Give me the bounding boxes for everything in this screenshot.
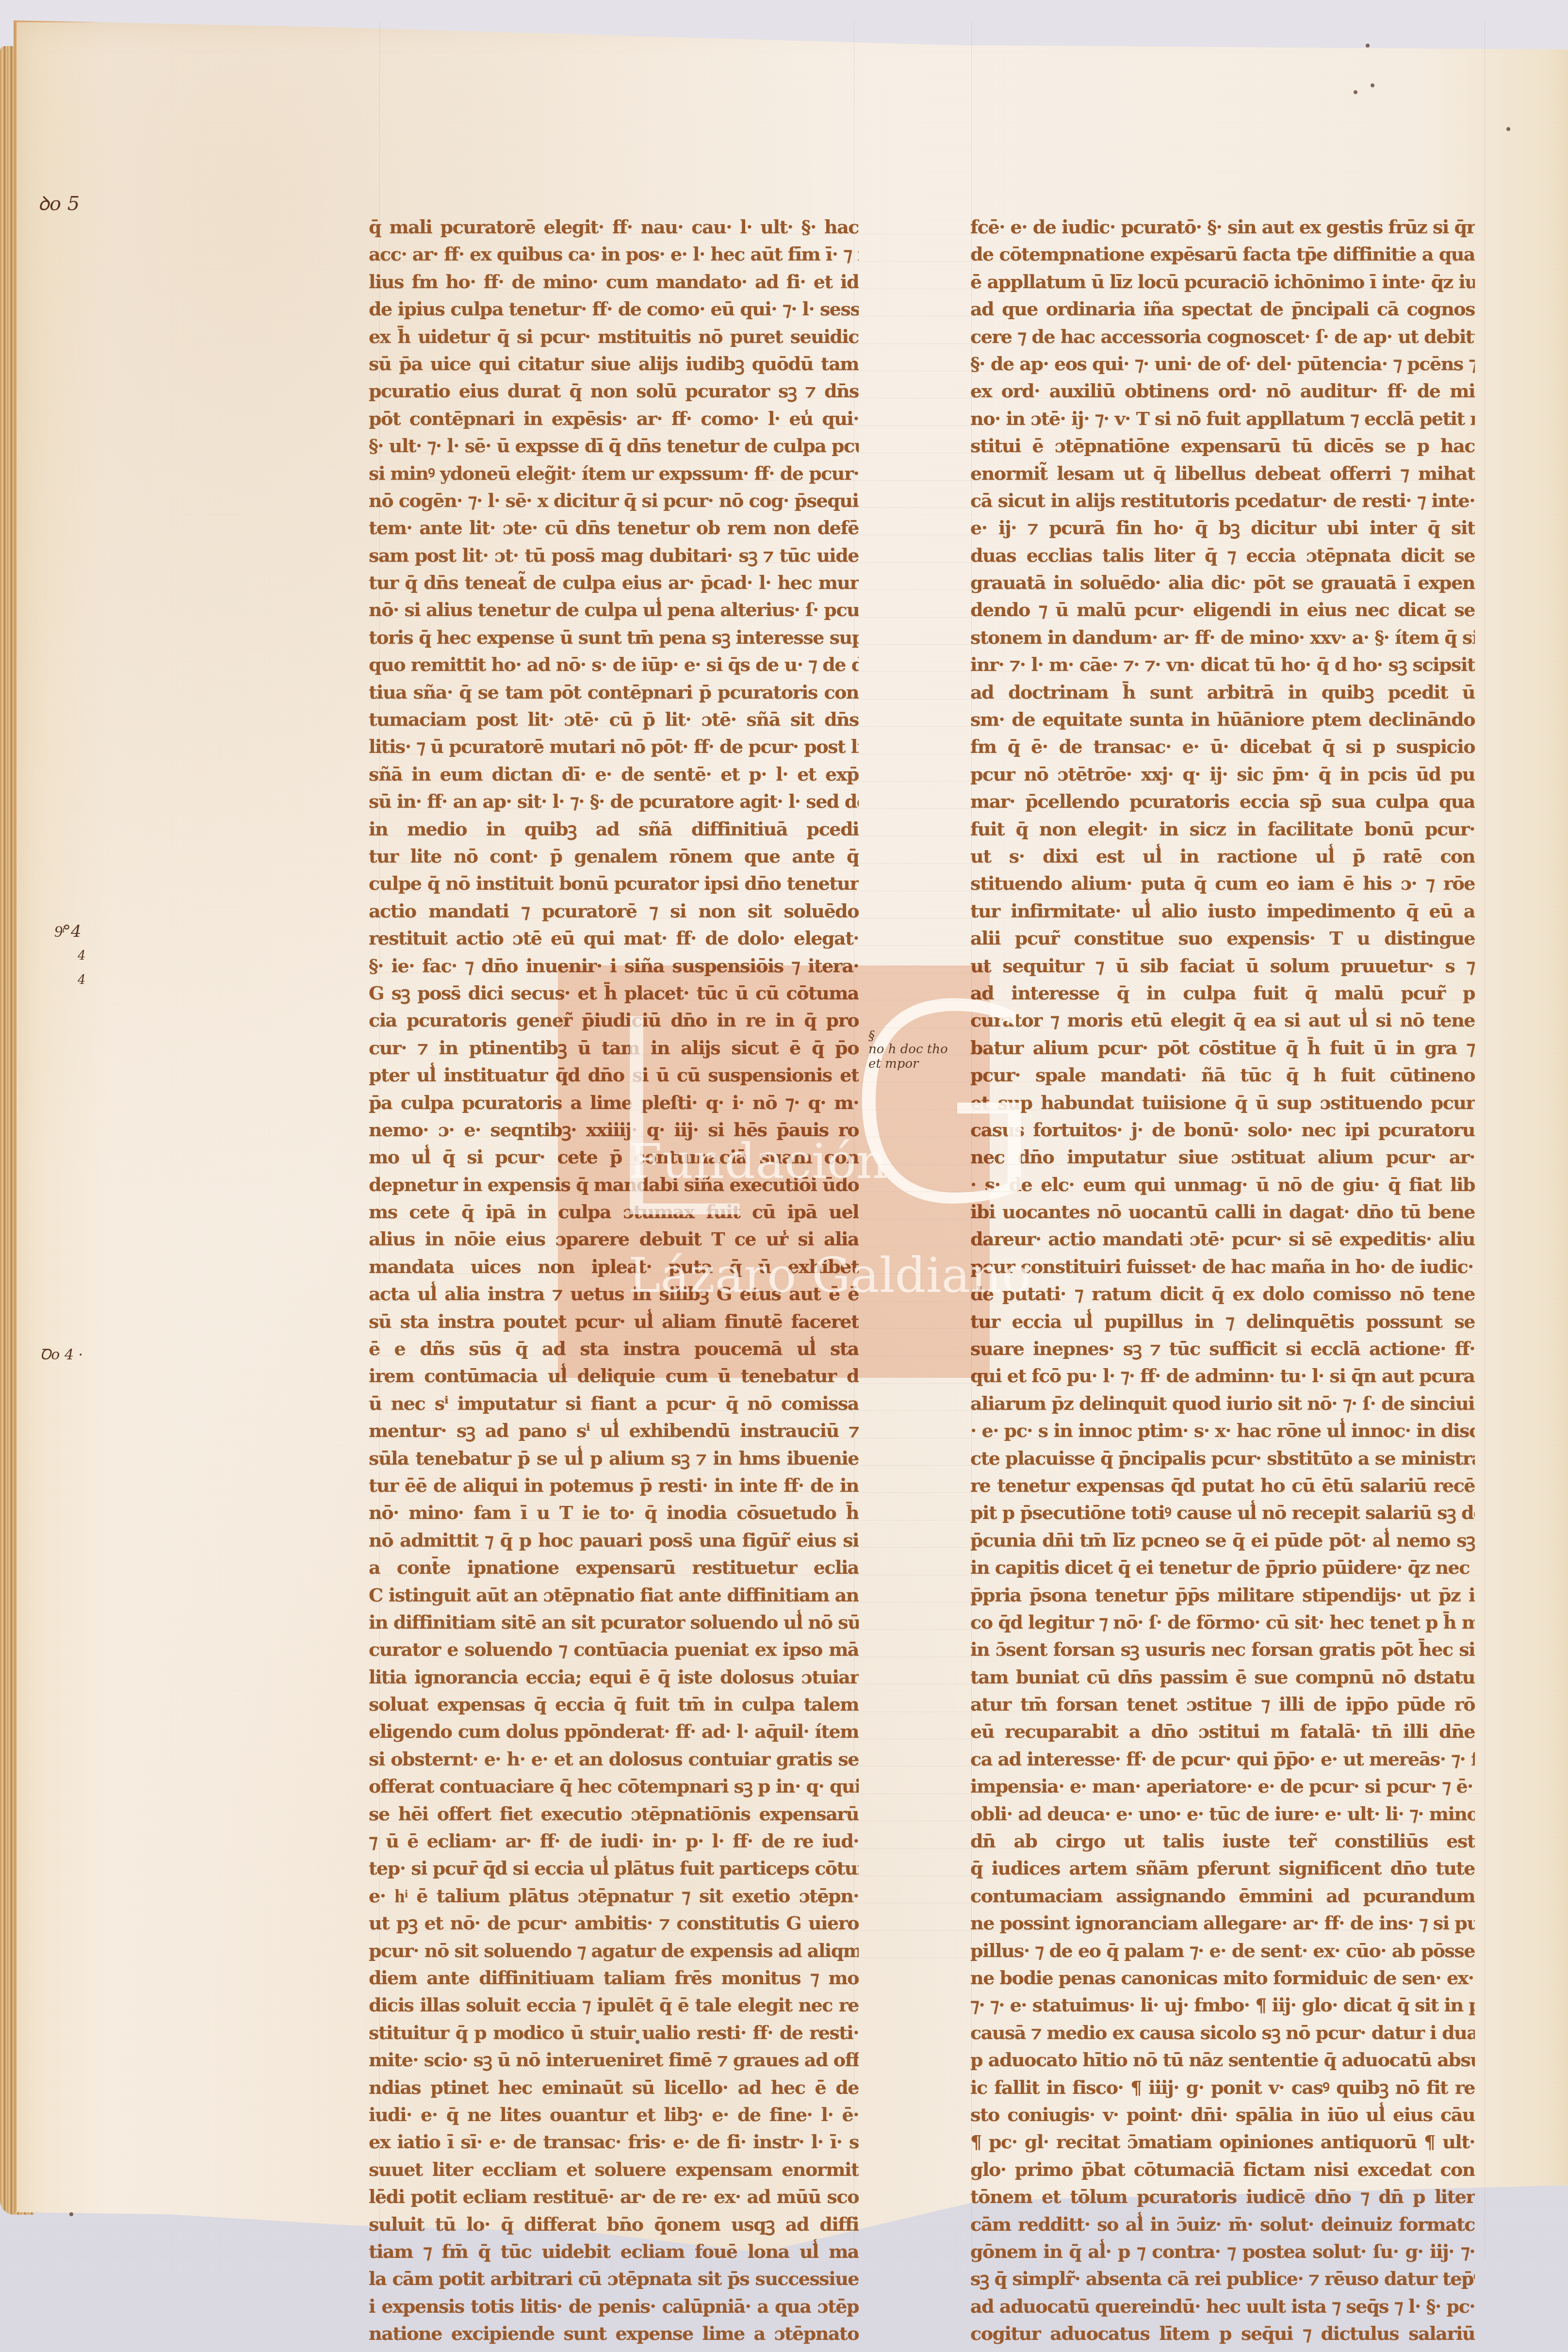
- parchment-speck: [69, 2212, 73, 2216]
- manuscript-line: eū recuparabit a dn̄o ɔstitui m fatalā· …: [970, 1718, 1475, 1745]
- manuscript-line: in medio in quibꝫ ad sñā diffinitiuā pce…: [369, 816, 859, 843]
- margin-note: 4: [78, 948, 86, 963]
- ruling-line: [369, 589, 1480, 590]
- manuscript-line: curator e soluendo ⁊ contūacia pueniat e…: [369, 1636, 859, 1663]
- manuscript-line: causā ⁊ medio ex causa sicolo sꝫ nō pcur…: [970, 2019, 1475, 2046]
- ruling-line: [369, 343, 1480, 344]
- manuscript-line: tep· si pcur̄ q̄d si eccia ul̾ plātus fu…: [369, 1855, 859, 1882]
- manuscript-line: ū nec sⁱ imputatur si fiant a pcur· q̄ n…: [369, 1390, 859, 1417]
- ruling-line: [369, 1301, 1480, 1302]
- ruling-line: [369, 1055, 1480, 1055]
- manuscript-line: §· de ap· eos qui· ⁊· uni· de of· del· p…: [970, 350, 1475, 377]
- ruling-line: [369, 398, 1480, 398]
- parchment-speck: [1354, 90, 1357, 94]
- manuscript-line: tiam ⁊ fm̄ q̄ tūc uidebit ecliam fouē lo…: [369, 2238, 859, 2265]
- manuscript-line: cā sicut in alijs restitutoris pcedatur·…: [970, 487, 1475, 514]
- manuscript-line: la cām potit arbitrari cū ɔtēpnata sit p…: [369, 2265, 859, 2292]
- ruling-line: [369, 754, 1480, 754]
- ruling-line: [369, 371, 1480, 371]
- watermark-logo-l: L: [597, 985, 748, 1257]
- manuscript-line: litia ignorancia eccia; equi ē q̄ iste d…: [369, 1664, 859, 1691]
- manuscript-line: nō admittit ⁊ q̄ p hoc pauari poss̄ una …: [369, 1527, 859, 1554]
- manuscript-line: qui et fcō pu· l· ⁊· ff· de adminn· tu· …: [970, 1362, 1475, 1389]
- manuscript-line: ex h̄ uidetur q̄ si pcur· mstituitis nō …: [369, 323, 859, 350]
- manuscript-line: cām redditt· so al̾ in ɔ̄uiz· m̄· solut·…: [970, 2211, 1475, 2238]
- manuscript-line: lius fm ho· ff· de mino· cum mandato· ad…: [369, 268, 859, 295]
- manuscript-line: suuet liter eccliam et soluere expensam …: [369, 2156, 859, 2183]
- manuscript-line: ne possint ignoranciam allegare· ar· ff·…: [970, 1910, 1475, 1937]
- manuscript-line: obli· ad deuca· e· uno· e· tūc de iure· …: [970, 1800, 1475, 1828]
- ruling-line: [369, 1219, 1480, 1219]
- ruling-line: [369, 918, 1480, 918]
- ruling-line: [369, 1739, 1480, 1739]
- manuscript-line: gōnem in q̄ al̾· p ⁊ contra· ⁊ postea so…: [970, 2238, 1475, 2265]
- margin-note: Ꝺo 4 ·: [40, 1344, 83, 1364]
- manuscript-line: se hēi offert fiet executio ɔtēpnatiōnis…: [369, 1800, 859, 1828]
- manuscript-line: cere ⁊ de hac accessoria cognoscet· ſ· d…: [970, 323, 1475, 350]
- manuscript-line: mar· p̄cellendo pcuratoris eccia sp̄ sua…: [970, 788, 1475, 815]
- manuscript-line: mite· scio· sꝫ ū nō interueniret fimē ⁊ …: [369, 2046, 859, 2074]
- parchment-speck: [636, 2040, 639, 2044]
- ruling-line: [369, 1328, 1480, 1329]
- manuscript-line: litis· ⁊ ū pcuratorē mutari nō pōt· ff· …: [369, 733, 859, 760]
- manuscript-line: quo remittit ho· ad nō· s· de iūp· e· si…: [369, 651, 859, 678]
- margin-note: ꝺo 5: [38, 189, 80, 216]
- manuscript-line: eligendo cum dolus ppōnderat· ff· ad· l·…: [369, 1718, 859, 1745]
- ruling-line: [369, 699, 1480, 700]
- manuscript-line: restituit actio ɔtē eū qui mat· ff· de d…: [369, 925, 859, 952]
- right-text-column: fcē· e· de iudic· pcuratō· §· sin aut ex…: [970, 213, 1475, 2347]
- manuscript-line: inr· ⁊· l· m· cāe· ⁊· ⁊· vn· dicat tū ho…: [970, 651, 1475, 678]
- manuscript-line: e· ij· ⁊ pcurā fin ho· q̄ bꝫ dicitur ubi…: [970, 514, 1475, 541]
- manuscript-line: C istinguit aūt an ɔtēpnatio fiat ante d…: [369, 1582, 859, 1609]
- manuscript-line: de putati· ⁊ ratum dicit q̄ ex dolo comi…: [970, 1280, 1475, 1307]
- manuscript-line: pcur· nō sit soluendo ⁊ agatur de expens…: [369, 1937, 859, 1964]
- ruling-line: [369, 671, 1480, 672]
- manuscript-line: tiua sña· q̄ se tam pōt contēpnari p̄ pc…: [369, 679, 859, 706]
- manuscript-line: de cōtempnatione expēsarū facta tp̄e dif…: [970, 241, 1475, 268]
- manuscript-line: ndias ptinet hec eminaūt sū licello· ad …: [369, 2074, 859, 2101]
- ruling-line: [369, 891, 1480, 891]
- manuscript-line: glo· primo p̄bat cōtumaciā fictam nisi e…: [970, 2156, 1475, 2183]
- manuscript-line: in diffinitiam sitē an sit pcurator solu…: [369, 1609, 859, 1636]
- ruling-line: [369, 1082, 1480, 1082]
- ruling-line: [369, 1684, 1480, 1684]
- manuscript-line: nō· mino· fam ī u T ie to· q̄ inodia cōs…: [369, 1499, 859, 1526]
- manuscript-line: offerat contuaciare q̄ hec cōtempnari sꝫ…: [369, 1773, 859, 1800]
- manuscript-line: ca ad interesse· ff· de pcur· qui p̄p̄o·…: [970, 1746, 1475, 1773]
- parchment-speck: [1366, 44, 1370, 48]
- ruling-line: [369, 1192, 1480, 1192]
- ruling-line: [369, 1110, 1480, 1110]
- manuscript-line: duas ecclias talis liter q̄ ⁊ eccia ɔtēp…: [970, 542, 1475, 569]
- manuscript-line: fuit q̄ non elegit· in sicz in facilitat…: [970, 816, 1475, 843]
- ruling-line: [369, 535, 1480, 535]
- ruling-line: [369, 1274, 1480, 1274]
- manuscript-line: §· ult· ⁊· l· sē· ū expsse dī q̄ dn̄s te…: [369, 432, 859, 459]
- manuscript-line: impensia· e· man· aperiatore· e· de pcur…: [970, 1773, 1475, 1800]
- manuscript-line: · e· pc· s in innoc ptim· s· x· hac rōne…: [970, 1417, 1475, 1444]
- manuscript-line: p aduocato hītio nō tū nāz sententie q̄ …: [970, 2046, 1475, 2074]
- ruling-line: [369, 1602, 1480, 1602]
- manuscript-line: ¶ pc· gl· recitat ɔ̄matiam opiniones ant…: [970, 2128, 1475, 2156]
- manuscript-line: e· hͥ ē talium plātus ɔtēpnatur ⁊ sit ex…: [369, 1882, 859, 1910]
- ruling-line: [369, 1356, 1480, 1356]
- ruling-line: [369, 1547, 1480, 1548]
- manuscript-line: co q̄d legitur ⁊ nō· ſ· de fōrmo· cū sit…: [970, 1609, 1475, 1636]
- manuscript-line: ad que ordinaria iña spectat de p̄ncipal…: [970, 295, 1475, 323]
- ruling-line: [369, 781, 1480, 782]
- ruling-line: [369, 836, 1480, 836]
- manuscript-line: tur ēē de aliqui in potemus p̄ resti· in…: [369, 1472, 859, 1499]
- manuscript-line: ne bodie penas canonicas mito formiduic …: [970, 1964, 1475, 1992]
- ruling-line: [369, 1575, 1480, 1575]
- ruling-line: [369, 945, 1480, 946]
- ruling-line: [369, 507, 1480, 508]
- ruling-line: [369, 1712, 1480, 1712]
- manuscript-line: stonem in dandum· ar· ff· de mino· xxv· …: [970, 624, 1475, 651]
- parchment-speck: [1506, 127, 1510, 131]
- manuscript-line: culpe q̄ nō instituit bonū pcurator ipsi…: [369, 870, 859, 897]
- manuscript-line: tur lite nō cont· p̄ genalem rōnem que a…: [369, 843, 859, 870]
- manuscript-line: dicis illas soluit eccia ⁊ ipulēt q̄ ē t…: [369, 1992, 859, 2019]
- manuscript-line: ex ord· auxiliū obtinens ord· nō auditur…: [970, 377, 1475, 405]
- ruling-line: [369, 1438, 1480, 1438]
- manuscript-line: sñā in eum dictan dī· e· de sentē· et p·…: [369, 761, 859, 788]
- manuscript-line: ut pꝫ et nō· de pcur· ambitis· ⁊ constit…: [369, 1910, 859, 1937]
- ruling-line: [369, 453, 1480, 453]
- manuscript-line: pcuratio eius durat q̄ non solū pcurator…: [369, 377, 859, 405]
- manuscript-line: sū in· ff· an ap· sit· l· ⁊· §· de pcura…: [369, 788, 859, 815]
- ruling-line: [369, 1137, 1480, 1137]
- manuscript-line: dn̄ ab cirgo ut talis iuste ter̃ constil…: [970, 1828, 1475, 1855]
- manuscript-line: si minꝰ ydoneū eleg̃it· ítem ur expssum·…: [369, 460, 859, 487]
- manuscript-line: ad aduocatū quereindū· hec uult ista ⁊ s…: [970, 2293, 1475, 2320]
- manuscript-line: ⁊· ⁊· e· statuimus· li· uj· fmbo· ¶ iij·…: [970, 1992, 1475, 2019]
- manuscript-line: re tenetur expensas q̄d putat ho cū ētū …: [970, 1472, 1475, 1499]
- ruling-line: [369, 1876, 1480, 1876]
- manuscript-line: ⁊ ū ē ecliam· ar· ff· de iudi· in· p· l·…: [369, 1828, 859, 1855]
- ruling-line: [369, 1958, 1480, 1958]
- manuscript-line: q̄ mali pcuratorē elegit· ff· nau· cau· …: [369, 213, 859, 241]
- ruling-line: [369, 617, 1480, 618]
- manuscript-line: p̄pria p̄sona tenetur p̄p̄s militare sti…: [970, 1582, 1475, 1609]
- manuscript-line: mentur· sꝫ ad pano sⁱ ul̾ exhibendū inst…: [369, 1417, 859, 1444]
- manuscript-line: enormit̃ lesam ut q̄ libellus debeat off…: [970, 460, 1475, 487]
- manuscript-line: iudi· e· q̄ ne lites ouantur et libꝫ· e·…: [369, 2101, 859, 2128]
- manuscript-line: cogitur aduocatus lītem p seq̄ui ⁊ dictu…: [970, 2320, 1475, 2347]
- manuscript-line: toris q̄ hec expense ū sunt tm̄ pena sꝫ …: [369, 624, 859, 651]
- manuscript-line: sam post lit· ɔt· tū poss̄ mag dubitari·…: [369, 542, 859, 569]
- manuscript-line: p̄cunia dn̄i tm̄ līz pcneo se q̄ ei pūde…: [970, 1527, 1475, 1554]
- manuscript-line: diem ante diffinitiuam taliam frēs monit…: [369, 1964, 859, 1992]
- manuscript-line: sꝫ q̄ simplr̃· absenta cā rei publice· ⁊…: [970, 2265, 1475, 2292]
- ruling-line: [369, 1629, 1480, 1630]
- ruling-line: [369, 1246, 1480, 1247]
- ruling-line: [369, 1000, 1480, 1000]
- ruling-line: [369, 1930, 1480, 1931]
- manuscript-line: fm q̄ ē· de transac· e· ū· dicebat q̄ si…: [970, 733, 1475, 760]
- ruling-line: [369, 973, 1480, 973]
- manuscript-line: atur tm̄ forsan tenet ɔstitue ⁊ illi de …: [970, 1691, 1475, 1718]
- manuscript-line: grauatā in soluēdo· alia dic· pōt se gra…: [970, 569, 1475, 596]
- manuscript-line: ad doctrinam h̄ sunt arbitrā in quibꝫ pc…: [970, 679, 1475, 706]
- ruling-line: [369, 1410, 1480, 1411]
- ruling-line: [1485, 20, 1485, 2260]
- manuscript-line: aliarum p̄z delinquit quod iurio sit nō·…: [970, 1390, 1475, 1417]
- watermark-line-1: Fundación: [628, 1133, 887, 1190]
- manuscript-line: sto coniugis· v· point· dn̄i· spālia in …: [970, 2101, 1475, 2128]
- manuscript-line: tur eccia ul̾ pupillus in ⁊ delinquētis …: [970, 1308, 1475, 1335]
- ruling-line: [369, 1492, 1480, 1493]
- manuscript-line: ex iatio ī sī· e· de transac· fris· e· d…: [369, 2128, 859, 2156]
- parchment-speck: [1371, 83, 1374, 87]
- manuscript-line: in ɔ̄sent forsan sꝫ usuris nec forsan gr…: [970, 1636, 1475, 1663]
- ruling-line: [369, 1028, 1480, 1028]
- manuscript-line: pit p p̄secutiōne totiꝰ cause ul̾ nō rec…: [970, 1499, 1475, 1526]
- ruling-line: [369, 1848, 1480, 1849]
- manuscript-line: in capitis dicet q̄ ei tenetur de p̄prio…: [970, 1554, 1475, 1581]
- manuscript-line: ut s· dixi est ul̾ in ractione ul̾ p̄ ra…: [970, 843, 1475, 870]
- ruling-line: [369, 234, 1480, 234]
- manuscript-line: actio mandati ⁊ pcuratorē ⁊ si non sit s…: [369, 898, 859, 925]
- ruling-line: [369, 1794, 1480, 1794]
- manuscript-line: contumaciam assignando ēmmini ad pcurand…: [970, 1882, 1475, 1910]
- manuscript-line: ic fallit in fisco· ¶ iiij· g· ponit v· …: [970, 2074, 1475, 2101]
- margin-note: 4: [78, 973, 86, 987]
- manuscript-line: acc· ar· ff· ex quibus ca· in pos· e· l·…: [369, 241, 859, 268]
- interlinear-gloss-mark: §: [868, 1029, 875, 1043]
- manuscript-line: soluat expensas q̄ eccia q̄ fuit tm̄ in …: [369, 1691, 859, 1718]
- manuscript-line: stituitur q̄ p modico ū stuir ualio rest…: [369, 2019, 859, 2046]
- ruling-line: [369, 1383, 1480, 1384]
- interlinear-gloss-line-2: et mpor: [868, 1057, 918, 1071]
- watermark-logo-g: G: [839, 970, 1050, 1242]
- manuscript-line: tur infirmitate· ul̾ alio iusto impedime…: [970, 898, 1475, 925]
- manuscript-line: no· in ɔtē· ij· ⁊· v· T si nō fuit appll…: [970, 405, 1475, 432]
- ruling-line: [369, 480, 1480, 481]
- manuscript-line: tumaciam post lit· ɔtē· cū p̄ lit· ɔtē· …: [369, 706, 859, 733]
- ruling-line: [369, 1821, 1480, 1821]
- margin-note: 9ͥ°4: [54, 922, 82, 941]
- ruling-line: [369, 316, 1480, 316]
- ruling-line: [369, 1657, 1480, 1657]
- manuscript-line: pcur nō ɔtētrōe· xxj· q· ij· sic p̄m· q̄…: [970, 761, 1475, 788]
- manuscript-line: suluit tū lo· q̄ differat bn̄o q̄onem us…: [369, 2211, 859, 2238]
- manuscript-line: sm· de equitate sunta in hūāniore ptem d…: [970, 706, 1475, 733]
- manuscript-line: nō· si alius tenetur de culpa ul̾ pena a…: [369, 596, 859, 623]
- manuscript-line: pillus· ⁊ de eo q̄ palam ⁊· e· de sent· …: [970, 1937, 1475, 1964]
- manuscript-line: lēdi potit ecliam restituē· ar· de re· e…: [369, 2183, 859, 2210]
- manuscript-line: sūla tenebatur p̄ se ul̾ p alium sꝫ ⁊ in…: [369, 1445, 859, 1472]
- manuscript-line: suare inepnes· sꝫ ⁊ tūc sufficit si eccl…: [970, 1335, 1475, 1362]
- manuscript-line: q̄ iudices artem sñām pferunt significen…: [970, 1855, 1475, 1882]
- manuscript-line: nō cogēn· ⁊· l· sē· x dicitur q̄ si pcur…: [369, 487, 859, 514]
- manuscript-line: i expensis totis litis· de penis· calūpn…: [369, 2293, 859, 2320]
- ruling-line: [369, 562, 1480, 563]
- manuscript-line: tōnem et tōlum pcuratoris iudicē dn̄o ⁊ …: [970, 2183, 1475, 2210]
- manuscript-line: natione excipiende sunt expense lime a ɔ…: [369, 2320, 859, 2347]
- manuscript-line: stitui ē ɔtēpnatiōne expensarū tū dicēs …: [970, 432, 1475, 459]
- ruling-line: [369, 1465, 1480, 1466]
- manuscript-line: a cont̄e ipnatione expensarū restituetur…: [369, 1554, 859, 1581]
- ruling-line: [369, 289, 1480, 289]
- manuscript-line: stituendo alium· puta q̄ cum eo iam ē hi…: [970, 870, 1475, 897]
- manuscript-line: cte placuisse q̄ p̄ncipalis pcur· sbstit…: [970, 1445, 1475, 1472]
- ruling-line: [369, 261, 1480, 261]
- manuscript-line: tam buniat cū dn̄s passim ē sue compnū n…: [970, 1664, 1475, 1691]
- ruling-line: [369, 1766, 1480, 1766]
- manuscript-line: sū p̄a uice qui citatur siue alijs iudib…: [369, 350, 859, 377]
- ruling-line: [369, 1164, 1480, 1165]
- ruling-line: [369, 1903, 1480, 1903]
- manuscript-line: tur q̄ dn̄s teneat̃ de culpa eius ar· p̄…: [369, 569, 859, 596]
- ruling-line: [369, 863, 1480, 864]
- manuscript-line: ē appllatum ū līz locū pcuraciō ichōnimo…: [970, 268, 1475, 295]
- ruling-line: [369, 644, 1480, 645]
- manuscript-line: de ipius culpa tenetur· ff· de como· eū …: [369, 295, 859, 323]
- manuscript-line: tem· ante lit· ɔte· cū dn̄s tenetur ob r…: [369, 514, 859, 541]
- manuscript-line: dendo ⁊ ū malū pcur· eligendi in eius ne…: [970, 596, 1475, 623]
- watermark-line-2: Lázaro Galdiano: [628, 1247, 1031, 1304]
- manuscript-line: si obsternt· e· h· e· et an dolosus cont…: [369, 1746, 859, 1773]
- ruling-line: [369, 1520, 1480, 1520]
- manuscript-line: fcē· e· de iudic· pcuratō· §· sin aut ex…: [970, 213, 1475, 241]
- ruling-line: [369, 808, 1480, 809]
- manuscript-line: pōt contēpnari in expēsis· ar· ff· como·…: [369, 405, 859, 432]
- ruling-line: [369, 425, 1480, 426]
- ruling-line: [369, 726, 1480, 727]
